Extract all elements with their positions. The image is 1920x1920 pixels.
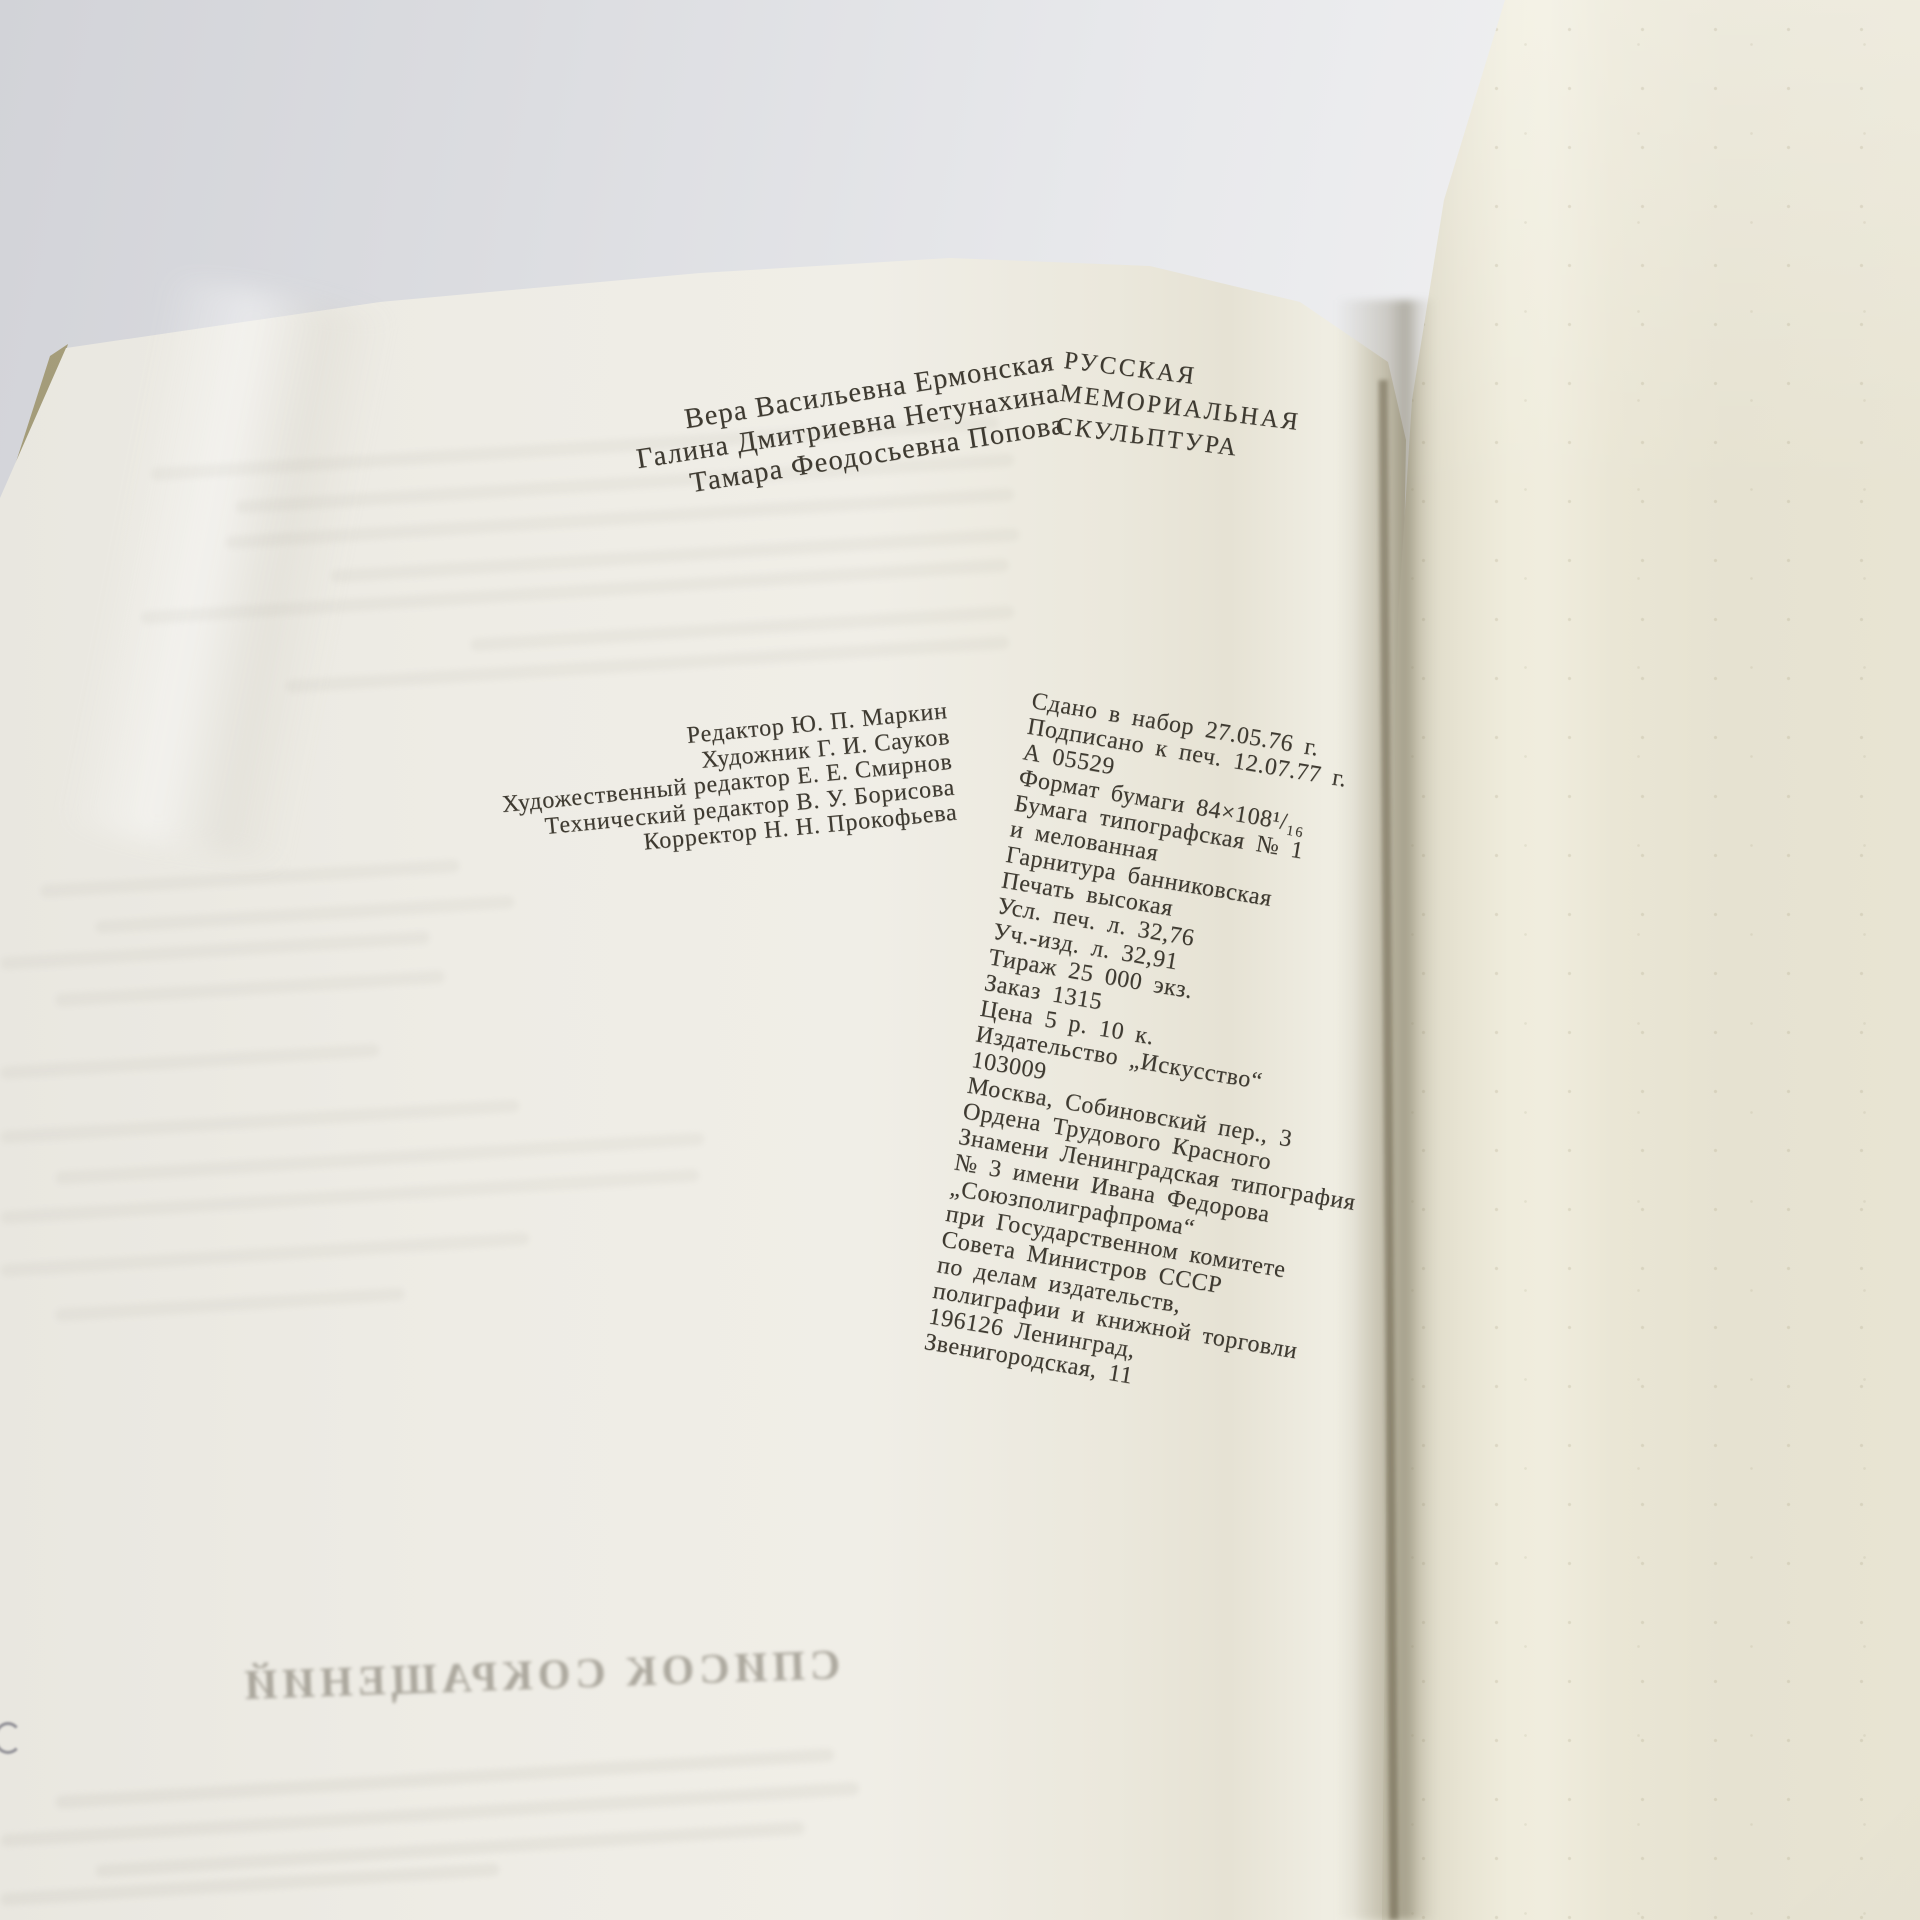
photo-open-book: СПИСОК СОКРАЩЕНИЙ Вера Васильевна Ермонс… xyxy=(0,0,1920,1920)
